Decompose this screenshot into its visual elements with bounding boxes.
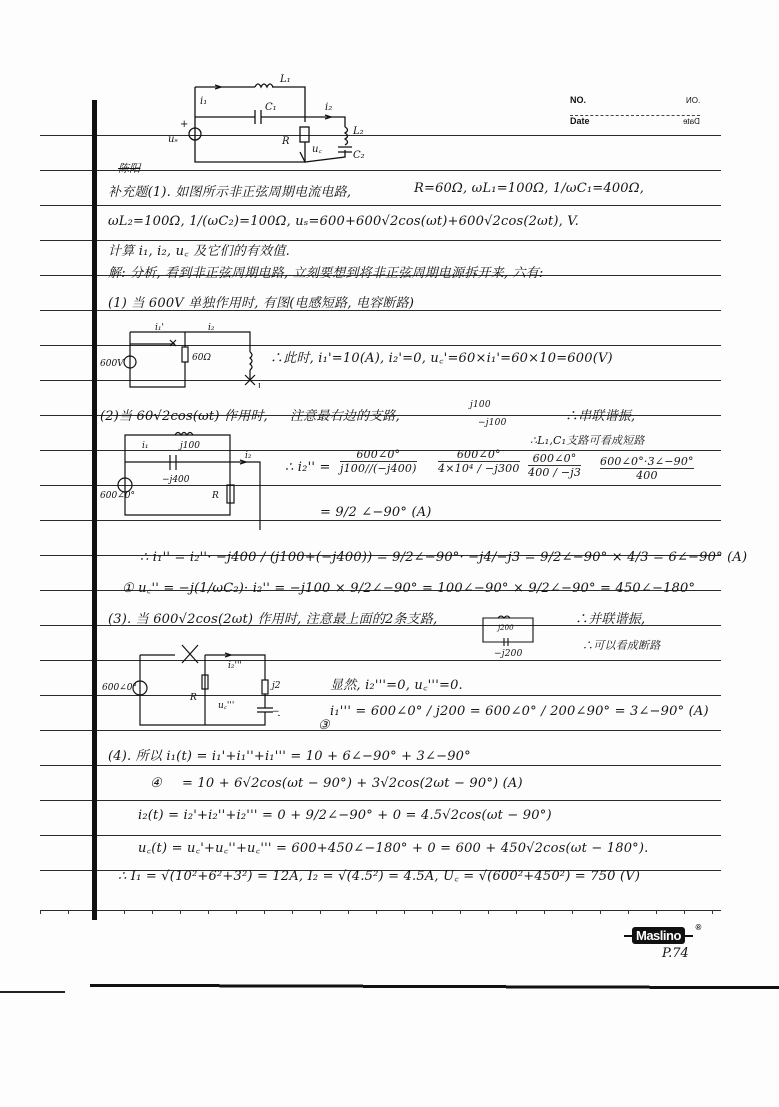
ruled-line-bottom	[40, 910, 721, 911]
step2-i2-fraction-2: 600∠0° 4×10⁴ / −j300	[438, 448, 520, 475]
top-circuit-diagram: L₁ i₁ C₁ i₂ L₂ C₂ R uₛ + u꜀	[160, 72, 370, 172]
step3-resonance: ∴并联谐振,	[575, 608, 645, 627]
page-edge-shadow	[90, 981, 779, 993]
step1-i2-label: i₂	[208, 323, 215, 333]
step2-resonance: ∴串联谐振,	[565, 405, 635, 424]
step3-line1: 显然, i₂'''=0, u꜀'''=0.	[330, 674, 463, 693]
step1-title: (1) 当 600V 单独作用时, 有图(电感短路, 电容断路)	[108, 292, 414, 311]
step3-uc-label: u꜀'''	[218, 701, 234, 711]
step4-line4: u꜀(t) = u꜀'+u꜀''+u꜀''' = 600+450∠−180° +…	[138, 838, 648, 856]
problem-line-1b: R=60Ω, ωL₁=100Ω, 1/ωC₁=400Ω,	[414, 181, 644, 196]
notebook-page: NO. .ON Date Date	[0, 0, 779, 1107]
ruled-line	[40, 800, 721, 801]
step2-i2-lhs: ∴ i₂'' =	[285, 460, 331, 475]
label-L2: L₂	[352, 126, 364, 137]
label-i1: i₁	[200, 96, 207, 107]
label-C1: C₁	[265, 102, 277, 113]
step2-C-label: −j400	[162, 475, 190, 485]
step3-i1: i₁''' = 600∠0° / j200 = 600∠0° / 200∠90°…	[330, 704, 709, 719]
ruled-line	[40, 835, 721, 836]
date-mirror-text: Date	[683, 117, 700, 126]
step2-i2-fraction-3: 600∠0° 400 / −j3	[528, 452, 581, 479]
fraction-numerator: 600∠0°·3∠−90°	[600, 455, 694, 469]
page-number: P.74	[662, 946, 689, 961]
step2-i2-fraction-1: 600∠0° j100//(−j400)	[340, 448, 417, 475]
step1-R-label: 60Ω	[192, 353, 211, 363]
brand-logo: Maslino ®	[632, 927, 685, 944]
ruled-line	[40, 170, 721, 171]
label-C2: C₂	[353, 150, 365, 161]
step2-i1: ∴ i₁'' = i₂''· −j400 / (j100+(−j400)) = …	[140, 550, 747, 565]
crossed-note: 陈阳	[118, 160, 140, 176]
fraction-denominator: j100//(−j400)	[340, 462, 417, 475]
step4-line3: i₂(t) = i₂'+i₂''+i₂''' = 0 + 9/2∠−90° + …	[138, 808, 552, 823]
step1-source-label: 600V	[100, 359, 125, 369]
step3-L-label: j200	[270, 681, 280, 691]
step1-result: ∴此时, i₁'=10(A), i₂'=0, u꜀'=60×i₁'=60×10=…	[270, 347, 613, 366]
step2-L-label: j100	[178, 441, 200, 451]
step4-line2: = 10 + 6√2cos(ωt − 90°) + 3√2cos(2ωt − 9…	[182, 776, 523, 791]
label-plus: +	[180, 119, 188, 130]
step2-R-label: R	[211, 491, 219, 501]
step2-branch-C: −j100	[478, 418, 507, 428]
ruled-line	[40, 205, 721, 206]
step3-C-label: −j50	[272, 707, 280, 717]
header-date-row: Date Date	[570, 116, 700, 136]
step2-uc: ① u꜀'' = −j(1/ωC₂)· i₂'' = −j100 × 9/2∠−…	[122, 578, 695, 596]
step3-title: (3). 当 600√2cos(2ωt) 作用时, 注意最上面的2条支路,	[108, 608, 437, 627]
step3-mark: ③	[318, 718, 330, 733]
step2-branch-L: j100	[470, 400, 491, 410]
step1-circuit-diagram: 600V 60Ω i₁' i₂ u꜀'	[100, 322, 260, 392]
step3-circuit-diagram: 600∠0° R j200 −j50 i₂''' u꜀'''	[100, 640, 280, 730]
header-box: NO. .ON Date Date	[570, 95, 700, 136]
label-i2: i₂	[325, 102, 332, 113]
no-label: NO.	[570, 95, 586, 105]
fraction-denominator: 400 / −j3	[528, 466, 581, 479]
step3-branch-L: j200	[496, 624, 514, 632]
step4-line1: (4). 所以 i₁(t) = i₁'+i₁''+i₁''' = 10 + 6∠…	[108, 745, 471, 764]
step2-i2-fraction-4: 600∠0°·3∠−90° 400	[600, 455, 694, 482]
step3-i2-label: i₂'''	[228, 661, 242, 671]
step2-title: (2)当 60√2cos(ωt) 作用时,	[100, 405, 268, 424]
step2-source-label: 600∠0°	[100, 491, 135, 501]
fraction-numerator: 600∠0°	[528, 452, 581, 466]
step2-i2-result: = 9/2 ∠−90° (A)	[320, 505, 432, 520]
step4-mark: ④	[150, 776, 162, 791]
fraction-numerator: 600∠0°	[340, 448, 417, 462]
solution-intro: 解: 分析, 看到非正弦周期电路, 立刻要想到将非正弦周期电源拆开来, 六有:	[108, 262, 544, 281]
header-no-row: NO. .ON	[570, 95, 700, 116]
step2-note: 注意最右边的支路,	[290, 405, 400, 424]
page-edge-line	[0, 991, 65, 993]
step3-R-label: R	[189, 693, 197, 703]
fraction-denominator: 400	[600, 469, 694, 482]
label-us: uₛ	[168, 134, 178, 145]
problem-line-1a: 补充题(1). 如图所示非正弦周期电流电路,	[108, 181, 351, 200]
step2-circuit-diagram: 600∠0° j100 −j400 R i₁ i₂	[100, 430, 270, 530]
label-uc: u꜀	[312, 144, 322, 155]
label-R: R	[281, 136, 290, 147]
no-mirror-text: .ON	[686, 96, 700, 105]
step3-resonance-note: ∴可以看成断路	[582, 637, 660, 653]
fraction-denominator: 4×10⁴ / −j300	[438, 462, 520, 475]
ruled-line	[40, 730, 721, 731]
step3-source-label: 600∠0°	[102, 683, 137, 693]
step4-line5: ∴ I₁ = √(10²+6²+3²) = 12A, I₂ = √(4.5²) …	[118, 866, 640, 884]
problem-line-2: ωL₂=100Ω, 1/(ωC₂)=100Ω, uₛ=600+600√2cos(…	[108, 214, 579, 229]
step2-i1-label: i₁	[142, 441, 149, 451]
fraction-numerator: 600∠0°	[438, 448, 520, 462]
date-label: Date	[570, 116, 590, 126]
registered-mark: ®	[696, 923, 701, 932]
step1-uc-label: u꜀'	[258, 381, 260, 391]
problem-line-3: 计算 i₁, i₂, u꜀ 及它们的有效值.	[108, 240, 290, 259]
step2-i2-label: i₂	[245, 451, 252, 461]
step2-resonance-note: ∴L₁,C₁支路可看成短路	[530, 432, 645, 448]
step1-i1-label: i₁'	[155, 323, 164, 333]
label-L1: L₁	[279, 74, 291, 85]
step3-branch-diagram: j200	[478, 612, 538, 648]
step3-branch-C: −j200	[494, 649, 523, 659]
margin-bar	[92, 100, 97, 920]
ruled-line	[40, 765, 721, 766]
brand-name: Maslino	[636, 928, 681, 943]
